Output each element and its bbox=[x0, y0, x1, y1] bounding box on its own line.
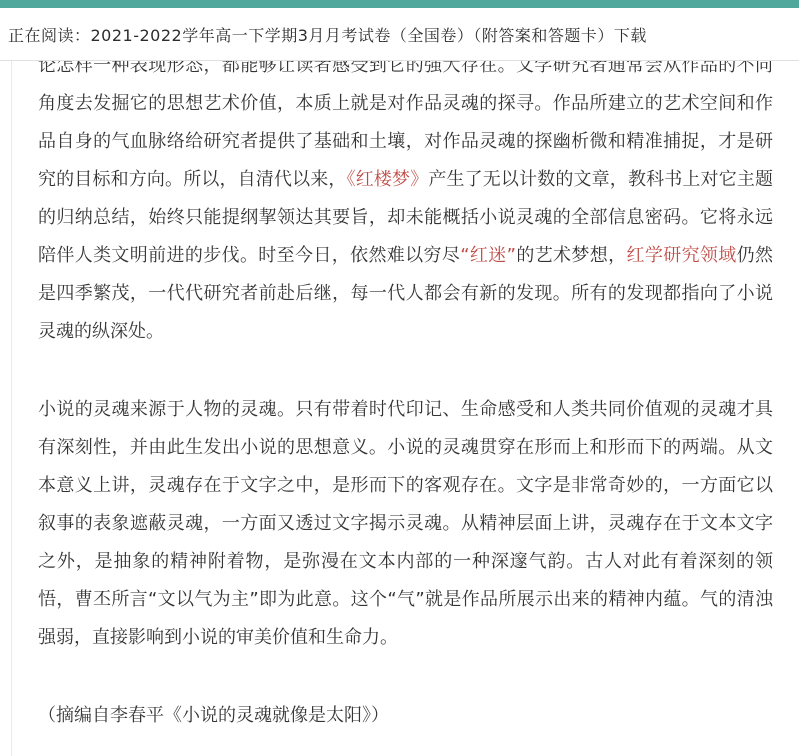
keyword-link[interactable]: “红迷” bbox=[460, 245, 516, 266]
article-body: 论怎样一种表现形态，都能够让读者感受到它的强大存在。文学研究者通常会从作品的不同… bbox=[38, 61, 773, 735]
page: 正在阅读：2021-2022学年高一下学期3月月考试卷（全国卷）（附答案和答题卡… bbox=[0, 0, 799, 756]
keyword-link[interactable]: 《红楼梦》 bbox=[347, 169, 429, 190]
article-paragraph-2: 小说的灵魂来源于人物的灵魂。只有带着时代印记、生命感受和人类共同价值观的灵魂才具… bbox=[38, 391, 773, 657]
keyword-link[interactable]: 红学研究领域 bbox=[627, 245, 737, 266]
reading-header: 正在阅读：2021-2022学年高一下学期3月月考试卷（全国卷）（附答案和答题卡… bbox=[0, 8, 799, 60]
article-viewport: 论怎样一种表现形态，都能够让读者感受到它的强大存在。文学研究者通常会从作品的不同… bbox=[11, 61, 799, 756]
article-source-line: （摘编自李春平《小说的灵魂就像是太阳》） bbox=[38, 697, 773, 735]
text-run: 的艺术梦想， bbox=[516, 245, 627, 266]
text-run: （摘编自李春平《小说的灵魂就像是太阳》） bbox=[38, 705, 389, 726]
text-run: 小说的灵魂来源于人物的灵魂。只有带着时代印记、生命感受和人类共同价值观的灵魂才具… bbox=[38, 399, 773, 648]
top-accent-bar bbox=[0, 0, 799, 8]
reading-label: 正在阅读：2021-2022学年高一下学期3月月考试卷（全国卷）（附答案和答题卡… bbox=[8, 23, 647, 46]
article-paragraph-1: 论怎样一种表现形态，都能够让读者感受到它的强大存在。文学研究者通常会从作品的不同… bbox=[38, 61, 773, 351]
